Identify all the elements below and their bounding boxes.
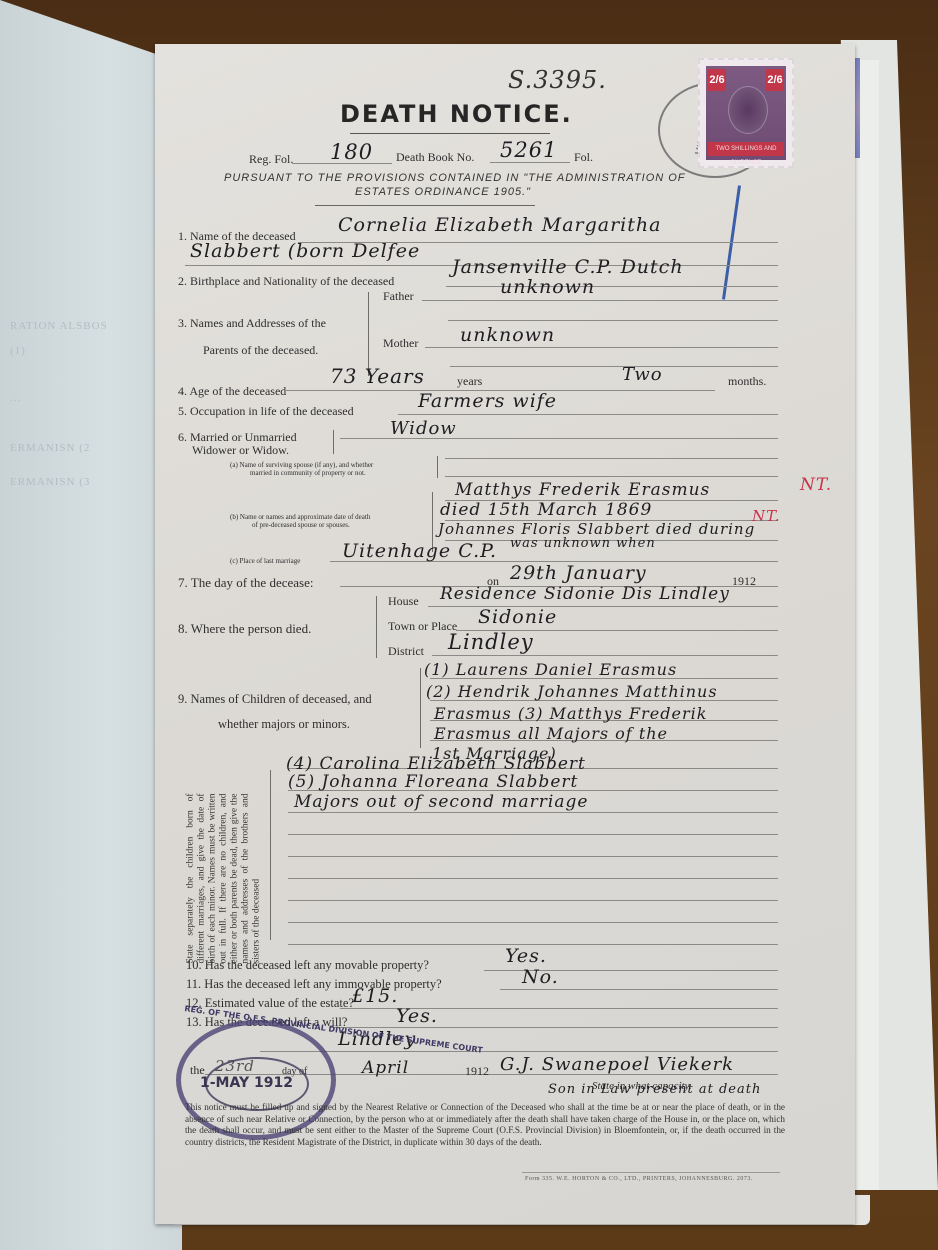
q2-value: Jansenville C.P. Dutch [452, 256, 684, 278]
annotation-nt-1: NT. [800, 475, 832, 495]
death-book-value: 5261 [500, 138, 557, 162]
ghost-text: ERMANISN (3 [10, 476, 90, 488]
q6b-value-line1: Matthys Frederik Erasmus [455, 480, 710, 500]
child-2: (2) Hendrik Johannes Matthinus [426, 682, 718, 701]
q6c-label: (c) Place of last marriage [230, 557, 300, 565]
q6b-value-line2: died 15th March 1869 [440, 500, 652, 520]
q12-value: £15. [352, 985, 398, 1007]
q8-town-label: Town or Place [388, 619, 457, 634]
q8-house-label: House [388, 594, 419, 609]
child-4: (4) Carolina Elizabeth Slabbert [286, 754, 586, 774]
q7-label: 7. The day of the decease: [178, 575, 313, 591]
court-stamp-date: 1-MAY 1912 [200, 1075, 293, 1091]
q3-label-line2: Parents of the deceased. [203, 343, 318, 358]
year-label: 1912 [465, 1064, 489, 1079]
child-5: (5) Johanna Floreana Slabbert [288, 772, 578, 792]
printer-imprint: Form 335. W.E. HORTON & CO., LTD., PRINT… [525, 1176, 753, 1182]
q1-value-line2: Slabbert (born Delfee [190, 240, 420, 262]
stamp-banner: TWO SHILLINGS AND SIXPENCE [708, 142, 784, 156]
q4-years-label: years [457, 374, 482, 389]
annotation-nt-2: NT. [752, 507, 781, 525]
q6a-label-line1: (a) Name of surviving spouse (if any), a… [230, 461, 373, 469]
q6b-value-line4: was unknown when [510, 536, 656, 551]
q5-value: Farmers wife [418, 390, 557, 412]
signer-signature: G.J. Swanepoel Viekerk [500, 1054, 734, 1075]
q3-father-label: Father [383, 289, 414, 304]
child-1: (1) Laurens Daniel Erasmus [424, 660, 677, 679]
death-book-label: Death Book No. [396, 150, 474, 165]
king-portrait-icon [728, 86, 768, 134]
children-note: Majors out of second marriage [294, 792, 588, 812]
child-3: Erasmus (3) Matthys Frederik [434, 704, 707, 723]
ghost-text: RATION ALSBOS [10, 320, 108, 332]
q6c-value: Uitenhage C.P. [342, 540, 497, 562]
q6a-label-line2: married in community of property or not. [250, 469, 366, 477]
q6-value: Widow [390, 418, 457, 439]
reg-fol-value: 180 [330, 140, 373, 164]
reg-fol-label: Reg. Fol. [249, 152, 293, 167]
stamp-value-left: 2/6 [708, 69, 726, 91]
q2-label: 2. Birthplace and Nationality of the dec… [178, 274, 394, 289]
q11-value: No. [522, 966, 559, 988]
q6b-label-line2: of pre-deceased spouse or spouses. [252, 521, 350, 529]
month-value: April [362, 1058, 409, 1078]
stamp-value-right: 2/6 [766, 69, 784, 91]
q4-years-value: 73 Years [330, 364, 425, 388]
filing-instructions: This notice must be filled up and signed… [185, 1102, 785, 1148]
q11-label: 11. Has the deceased left any immovable … [186, 977, 442, 992]
fol-label: Fol. [574, 150, 593, 165]
q7-year: 1912 [732, 574, 756, 589]
q8-district-value: Lindley [448, 630, 534, 654]
q8-label: 8. Where the person died. [178, 621, 311, 637]
q4-months-label: months. [728, 374, 766, 389]
ghost-text: ERMANISN (2 [10, 442, 90, 454]
q6-label-line2: Widower or Widow. [192, 443, 289, 458]
q6b-label-line1: (b) Name or names and approximate date o… [230, 513, 370, 521]
pursuant-line-1: PURSUANT TO THE PROVISIONS CONTAINED IN … [224, 172, 686, 184]
capacity-value: Son in Law present at death [548, 1082, 761, 1097]
q13-value: Yes. [396, 1005, 438, 1027]
ghost-text: (1) [10, 345, 26, 357]
q3-label-line1: 3. Names and Addresses of the [178, 316, 326, 331]
q3-father-value: unknown [500, 276, 595, 298]
q8-house-value: Residence Sidonie Dis Lindley [440, 584, 730, 604]
q3-mother-label: Mother [383, 336, 418, 351]
revenue-stamp: 2/6 2/6 TWO SHILLINGS AND SIXPENCE [698, 58, 794, 168]
q10-label: 10. Has the deceased left any movable pr… [186, 958, 429, 973]
q5-label: 5. Occupation in life of the deceased [178, 404, 354, 419]
q8-district-label: District [388, 644, 424, 659]
q4-months-value: Two [622, 364, 663, 385]
q9-label-line1: 9. Names of Children of deceased, and [178, 692, 372, 707]
pursuant-line-2: ESTATES ORDINANCE 1905." [355, 186, 531, 198]
q3-mother-value: unknown [460, 324, 555, 346]
q10-value: Yes. [505, 945, 547, 967]
page-title: DEATH NOTICE. [340, 100, 573, 128]
q1-value-line1: Cornelia Elizabeth Margaritha [338, 214, 661, 236]
children-instruction-note: State separately the children born of di… [183, 770, 271, 940]
q8-town-value: Sidonie [478, 606, 557, 628]
q7-value: 29th January [510, 562, 647, 584]
ghost-text: ... [10, 392, 21, 404]
file-number: S.3395. [508, 66, 607, 94]
q9-label-line2: whether majors or minors. [218, 717, 350, 732]
q4-label: 4. Age of the deceased [178, 384, 286, 399]
child-3-cont: Erasmus all Majors of the [434, 724, 668, 743]
